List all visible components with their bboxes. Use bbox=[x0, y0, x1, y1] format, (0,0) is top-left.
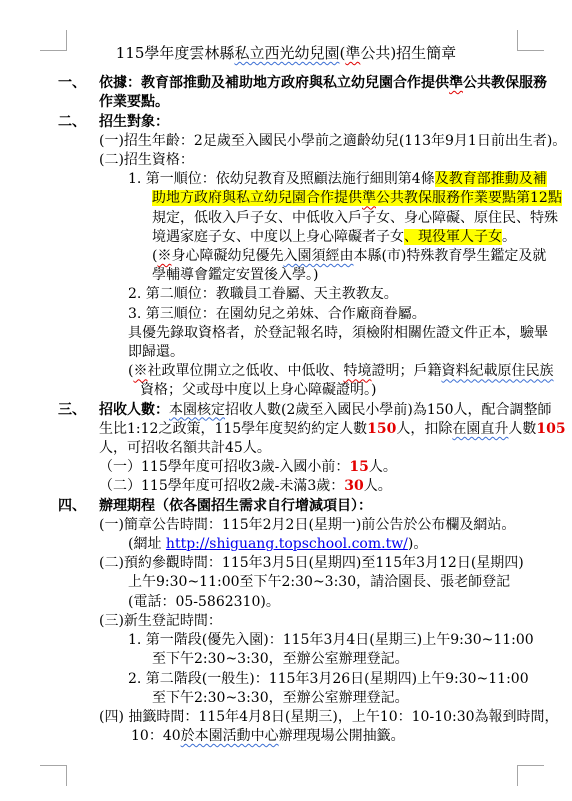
doc-line: 一、依據：教育部推動及補助地方政府與私立幼兒園合作提供準公共教保服務 bbox=[0, 74, 572, 93]
text-run: 三、 bbox=[58, 401, 99, 420]
doc-line: 2. 第二順位：教職員工眷屬、天主教教友。 bbox=[0, 285, 572, 304]
text-run: 社政單位開立之低收、中低收、 bbox=[147, 363, 343, 379]
text-run: 招生對象： bbox=[99, 114, 169, 130]
text-run: (一)簡章公告時間：115年2月2日(星期一)前公告於公布欄及網站。 bbox=[99, 517, 515, 533]
document-page: 115學年度雲林縣私立西光幼兒園(準公共)招生簡章一、依據：教育部推動及補助地方… bbox=[0, 0, 572, 801]
text-run: 人，扣除 bbox=[396, 421, 452, 437]
text-run: 至下午2:30~3:30，至辦公室辦理登記。 bbox=[152, 690, 409, 706]
text-run: （一）115學年度可招收3歲-入國小前： bbox=[99, 459, 349, 475]
text-run: 境遇家庭子女、中度以上身心障礙者子女 bbox=[152, 229, 404, 245]
doc-line: (一)簡章公告時間：115年2月2日(星期一)前公告於公布欄及網站。 bbox=[0, 516, 572, 535]
text-run: )。 bbox=[408, 536, 427, 552]
text-run: 105 bbox=[536, 421, 565, 437]
text-run: 資料紀載原住民族 bbox=[441, 363, 553, 379]
text-run: 資格；父或母中度以上身心障礙證明。) bbox=[140, 382, 376, 398]
text-run: 學輔導會鑑定安置後入學。) bbox=[152, 267, 318, 283]
doc-line: (一)招生年齡：2足歲至入國民小學前之適齡幼兒(113年9月1日前出生者)。 bbox=[0, 132, 572, 151]
doc-line: 即歸還。 bbox=[0, 343, 572, 362]
doc-line: 人，可招收名額共計45人。 bbox=[0, 439, 572, 458]
text-run: 即歸還。 bbox=[128, 344, 184, 360]
text-run: (一)招生年齡：2足歲至入國民小學前之適齡幼兒(113年9月1日前出生者)。 bbox=[99, 133, 566, 149]
doc-line: 助地方政府與私立幼兒園合作提供準公共教保服務作業要點第12點 bbox=[0, 189, 572, 208]
doc-line: 境遇家庭子女、中度以上身心障礙者子女、現役軍人子女。 bbox=[0, 228, 572, 247]
text-run: 公共)招生簡章 bbox=[360, 44, 456, 62]
doc-line: (※社政單位開立之低收、中低收、特境證明；戶籍資料紀載原住民族 bbox=[0, 362, 572, 381]
website-link[interactable]: http://shiguang.topschool.com.tw/ bbox=[166, 536, 408, 552]
text-run: 辦理現場公開抽籤。 bbox=[279, 728, 405, 744]
document-title: 115學年度雲林縣私立西光幼兒園(準公共)招生簡章 bbox=[0, 44, 572, 63]
doc-line: 至下午2:30~3:30，至辦公室辦理登記。 bbox=[0, 689, 572, 708]
text-run: 具優先錄取資格者，於登記報名時，須檢附相關佐證文件正本，驗畢 bbox=[128, 325, 548, 341]
text-run: 115學年度雲林縣 bbox=[116, 44, 235, 62]
text-run: 招收人數(2歲至入國民小學前)為150人，配合調整師 bbox=[225, 402, 552, 418]
doc-line: (電話：05-5862310)。 bbox=[0, 593, 572, 612]
doc-line: 上午9:30~11:00至下午2:30~3:30，請洽園長、張老師登記 bbox=[0, 573, 572, 592]
doc-line: 資格；父或母中度以上身心障礙證明。) bbox=[0, 381, 572, 400]
text-run: 在園直升 bbox=[452, 421, 508, 437]
doc-line: (四) 抽籤時間：115年4月8日(星期三)，上午10：10-10:30為報到時… bbox=[0, 708, 572, 727]
text-run: 四、 bbox=[58, 497, 99, 516]
doc-line: 10：40於本園活動中心辦理現場公開抽籤。 bbox=[0, 727, 572, 746]
crop-mark-bottom-left bbox=[40, 765, 67, 786]
text-run: 1. 第一階段(優先入園)：115年3月4日(星期三)上午9:30~11:00 bbox=[128, 632, 534, 648]
text-run: 10：40 bbox=[131, 728, 181, 744]
text-run: （二）115學年度可招收2歲-未滿3歲： bbox=[99, 478, 344, 494]
doc-line: 四、辦理期程（依各園招生需求自行增減項目）： bbox=[0, 497, 572, 516]
doc-line: (※身心障礙幼兒優先入園須經由本縣(市)特殊教育學生鑑定及就 bbox=[0, 247, 572, 266]
doc-line: (網址 http://shiguang.topschool.com.tw/)。 bbox=[0, 535, 572, 554]
text-run: 30 bbox=[344, 478, 363, 494]
text-run: (四) 抽籤時間：115年4月8日(星期三)，上午10：10-10:30為報到時… bbox=[99, 709, 559, 725]
text-run: 上午9:30~11:00至下午2:30~3:30，請洽園長、張老師登記 bbox=[128, 574, 510, 590]
text-run: 辦理期程（依各園招生需求自行增減項目）： bbox=[99, 498, 372, 514]
text-run: 1. 第一順位：依幼兒教育及照顧法施行細則第4條 bbox=[128, 171, 435, 187]
text-run: 規定，低收入戶子女、中低收入戶子女、身心障礙、原住民、特殊 bbox=[152, 210, 558, 226]
text-run: 身心障礙幼兒優先 bbox=[171, 248, 283, 264]
text-run: 2. 第二順位：教職員工眷屬、天主教教友。 bbox=[128, 286, 398, 302]
text-run: 於本園活動中心 bbox=[181, 728, 279, 744]
doc-line: 1. 第一順位：依幼兒教育及照顧法施行細則第4條及教育部推動及補 bbox=[0, 170, 572, 189]
doc-line: 規定，低收入戶子女、中低收入戶子女、身心障礙、原住民、特殊 bbox=[0, 209, 572, 228]
doc-line: 3. 第三順位：在園幼兒之弟妹、合作廠商眷屬。 bbox=[0, 305, 572, 324]
doc-line: 至下午2:30~3:30，至辦公室辦理登記。 bbox=[0, 650, 572, 669]
doc-line: 1. 第一階段(優先入園)：115年3月4日(星期三)上午9:30~11:00 bbox=[0, 631, 572, 650]
text-run: ※ bbox=[157, 248, 171, 264]
text-run: 作業要點。 bbox=[99, 94, 169, 110]
text-run: 3. 第三順位：在園幼兒之弟妹、合作廠商眷屬。 bbox=[128, 306, 426, 322]
document-body: 115學年度雲林縣私立西光幼兒園(準公共)招生簡章一、依據：教育部推動及補助地方… bbox=[0, 44, 572, 746]
text-run: 人數 bbox=[508, 421, 536, 437]
text-run: 人。 bbox=[369, 459, 397, 475]
text-run: ※ bbox=[133, 363, 147, 379]
doc-line: 2. 第二階段(一般生)：115年3月26日(星期四)上午9:30~11:00 bbox=[0, 670, 572, 689]
text-run: 本縣(市)特殊教育學生鑑定及就 bbox=[353, 248, 546, 264]
text-run: 公共教保服務作業要點第12點 bbox=[376, 190, 562, 206]
doc-line: (二)招生資格： bbox=[0, 151, 572, 170]
doc-line: （二）115學年度可招收2歲-未滿3歲：30人。 bbox=[0, 477, 572, 496]
text-run: 公共教保服務 bbox=[463, 75, 547, 91]
text-run: 、現役軍人子女 bbox=[404, 229, 502, 245]
text-run: 一、 bbox=[58, 74, 99, 93]
text-run: (二)招生資格： bbox=[99, 152, 194, 168]
text-run: (電話：05-5862310)。 bbox=[128, 594, 280, 610]
text-run: 私立西光幼兒園 bbox=[234, 44, 339, 62]
text-run: 二、 bbox=[58, 113, 99, 132]
text-run: (三)新生登記時間： bbox=[99, 613, 222, 629]
text-run: (網址 bbox=[128, 536, 166, 552]
text-run: 2. 第二階段(一般生)：115年3月26日(星期四)上午9:30~11:00 bbox=[128, 671, 529, 687]
text-run: 生比1:12之政策，115學年度契約約定人數 bbox=[99, 421, 367, 437]
text-run: 準 bbox=[362, 190, 376, 206]
text-run: 準 bbox=[345, 44, 360, 62]
text-run: 助地方政府與私立幼兒園合作提供 bbox=[152, 190, 362, 206]
doc-line: (三)新生登記時間： bbox=[0, 612, 572, 631]
text-run: 人。 bbox=[364, 478, 392, 494]
text-run: 本園核定 bbox=[169, 402, 225, 418]
doc-line: （一）115學年度可招收3歲-入國小前：15人。 bbox=[0, 458, 572, 477]
text-run: 準 bbox=[449, 75, 463, 91]
doc-line: 二、招生對象： bbox=[0, 113, 572, 132]
text-run: 依據：教育部推動及補助地方政府與私立幼兒園合作提供 bbox=[99, 75, 449, 91]
text-run: 15 bbox=[349, 459, 368, 475]
text-run: 招收人數： bbox=[99, 402, 169, 418]
text-run: 。 bbox=[502, 229, 516, 245]
doc-line: 三、招收人數：本園核定招收人數(2歲至入國民小學前)為150人，配合調整師 bbox=[0, 401, 572, 420]
text-run: (二)預約參觀時間：115年3月5日(星期四)至115年3月12日(星期四) bbox=[99, 555, 524, 571]
text-run: 150 bbox=[367, 421, 396, 437]
text-run: 入園須經由 bbox=[283, 248, 353, 264]
doc-line: 具優先錄取資格者，於登記報名時，須檢附相關佐證文件正本，驗畢 bbox=[0, 324, 572, 343]
text-run: 及教育部推動及補 bbox=[435, 171, 547, 187]
doc-line: (二)預約參觀時間：115年3月5日(星期四)至115年3月12日(星期四) bbox=[0, 554, 572, 573]
text-run: 證明；戶籍 bbox=[371, 363, 441, 379]
text-run: 特境 bbox=[343, 363, 371, 379]
text-run: 人，可招收名額共計45人。 bbox=[99, 440, 271, 456]
doc-line: 生比1:12之政策，115學年度契約約定人數150人，扣除在園直升人數105 bbox=[0, 420, 572, 439]
doc-line: 作業要點。 bbox=[0, 93, 572, 112]
crop-mark-bottom-right bbox=[517, 765, 544, 786]
doc-line: 學輔導會鑑定安置後入學。) bbox=[0, 266, 572, 285]
text-run: 至下午2:30~3:30，至辦公室辦理登記。 bbox=[152, 651, 409, 667]
